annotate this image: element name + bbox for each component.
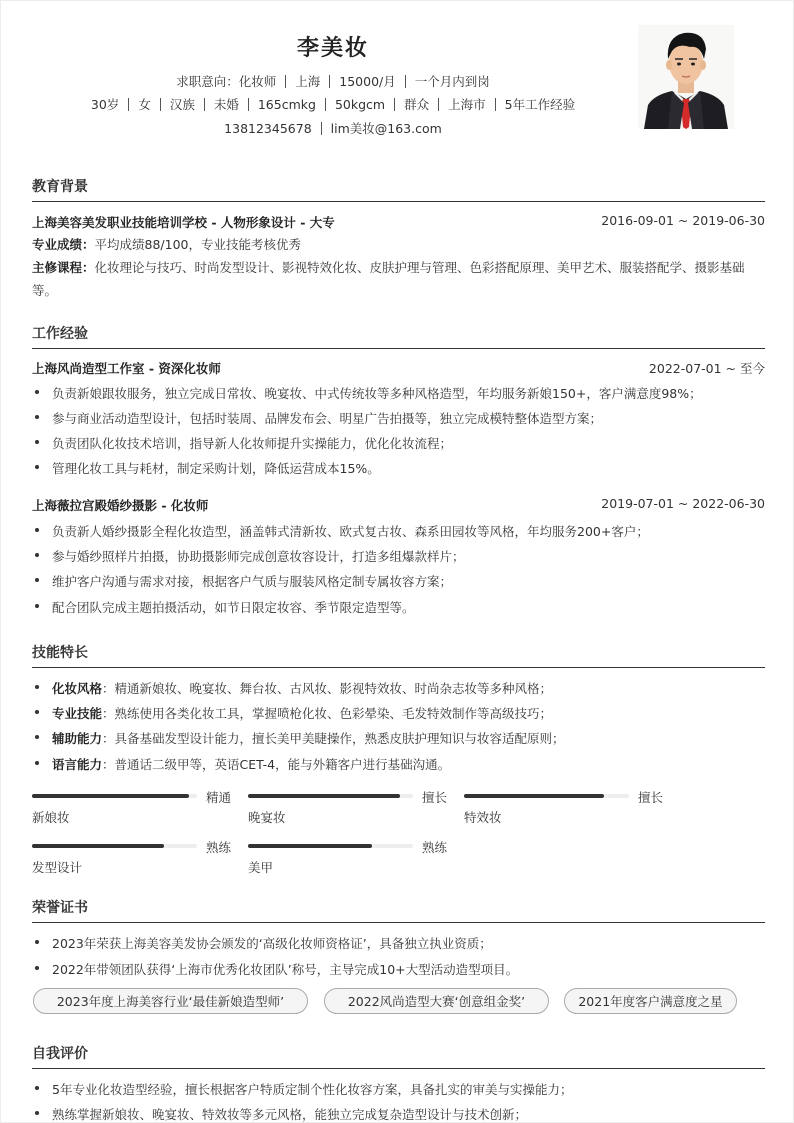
skill-bar-track [248,844,413,848]
grade-value: 平均成绩88/100，专业技能考核优秀 [95,237,301,252]
job-intent-line: 求职意向：化妆师上海15000/月一个月内到岗 [1,72,665,90]
skill-bar-track [32,794,197,798]
skill-bar-fill [32,794,189,798]
divider [285,75,286,88]
candidate-name: 李美妆 [1,31,665,62]
skill-bar: 熟练 美甲 [248,838,448,888]
divider [495,98,496,111]
award-tag: 2023年度上海美容行业‘最佳新娘造型师’ [33,988,308,1014]
courses-value: 化妆理论与技巧、时尚发型设计、影视特效化妆、皮肤护理与管理、色彩搭配原理、美甲艺… [32,260,745,298]
award-tag: 2022风尚造型大赛‘创意组金奖’ [324,988,549,1014]
skill-bar-track [32,844,197,848]
skill-bar-fill [248,794,400,798]
divider [325,98,326,111]
education-courses: 主修课程：化妆理论与技巧、时尚发型设计、影视特效化妆、皮肤护理与管理、色彩搭配原… [32,256,765,302]
skill-name: 美甲 [248,858,273,876]
skill-level: 熟练 [206,838,231,856]
skill-bar: 精通 新娘妆 [32,788,232,838]
divider [321,122,322,135]
avatar-portrait-icon [638,25,734,129]
section-title-skills: 技能特长 [32,642,765,668]
experience-years: 5年工作经验 [505,97,575,112]
intent-availability: 一个月内到岗 [415,74,490,89]
skill-bar-track [464,794,629,798]
courses-label: 主修课程： [32,260,95,275]
skill-name: 发型设计 [32,858,82,876]
job-date: 2022-07-01 ~ 至今 [649,359,765,377]
marital-status: 未婚 [214,97,239,112]
section-title-awards: 荣誉证书 [32,897,765,923]
intent-city: 上海 [295,74,320,89]
age: 30岁 [91,97,119,112]
skill-name: 晚宴妆 [248,808,286,826]
section-title-education: 教育背景 [32,176,765,202]
residence: 上海市 [448,97,486,112]
grade-label: 专业成绩： [32,237,95,252]
education-grade: 专业成绩：平均成绩88/100，专业技能考核优秀 [32,233,765,256]
height: 165cmkg [258,97,316,112]
award-tag: 2021年度客户满意度之星 [564,988,737,1014]
skill-bar: 擅长 晚宴妆 [248,788,448,838]
divider [204,98,205,111]
divider [405,75,406,88]
job-date: 2019-07-01 ~ 2022-06-30 [601,496,765,511]
skill-level: 精通 [206,788,231,806]
weight: 50kgcm [335,97,385,112]
basic-info-line: 30岁女汉族未婚165cmkg50kgcm群众上海市5年工作经验 [1,95,665,113]
divider [394,98,395,111]
phone: 13812345678 [224,121,311,136]
divider [248,98,249,111]
political-status: 群众 [404,97,429,112]
divider [128,98,129,111]
skill-name: 特效妆 [464,808,502,826]
skill-bar-fill [32,844,164,848]
avatar [638,25,734,129]
divider [160,98,161,111]
skill-level: 擅长 [638,788,663,806]
skill-level: 擅长 [422,788,447,806]
divider [329,75,330,88]
email: lim美妆@163.com [331,121,442,136]
contact-line: 13812345678lim美妆@163.com [1,119,665,137]
resume-page: 李美妆 求职意向：化妆师上海15000/月一个月内到岗 30岁女汉族未婚165c… [1,1,794,1123]
section-title-self-evaluation: 自我评价 [32,1043,765,1069]
skill-bar-fill [464,794,604,798]
gender: 女 [138,97,151,112]
ethnicity: 汉族 [170,97,195,112]
skill-name: 新娘妆 [32,808,70,826]
skill-bar: 熟练 发型设计 [32,838,232,888]
section-title-work: 工作经验 [32,323,765,349]
intent-position: 求职意向：化妆师 [176,74,276,89]
skill-bar-track [248,794,413,798]
skill-bar-fill [248,844,372,848]
intent-salary: 15000/月 [339,74,395,89]
education-date: 2016-09-01 ~ 2019-06-30 [601,213,765,228]
divider [438,98,439,111]
skill-bar: 擅长 特效妆 [464,788,664,838]
skill-level: 熟练 [422,838,447,856]
